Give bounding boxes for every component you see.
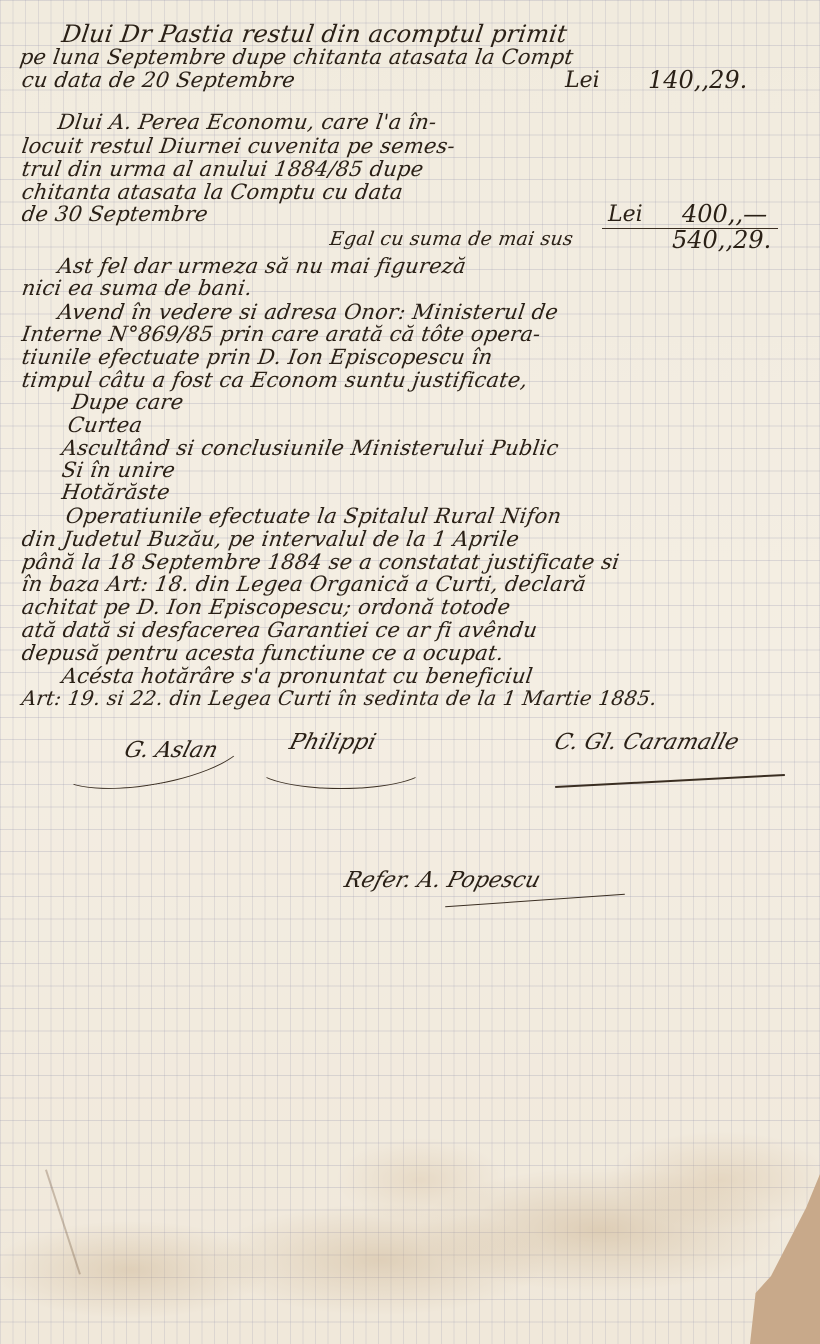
- text-line: locuit restul Diurnei cuvenita pe semes-: [20, 134, 456, 158]
- signature-underline: [445, 894, 625, 908]
- paper-crease: [45, 1169, 81, 1274]
- text-line: Dupe care: [70, 390, 185, 414]
- text-line: Interne N°869/85 prin care arată că tôte…: [20, 322, 542, 346]
- currency-label: Lei: [608, 202, 643, 227]
- amount-value: 400,,—: [682, 200, 767, 228]
- document-page: Dlui Dr Pastia restul din acomptul primi…: [0, 0, 820, 1344]
- text-line: Dlui Dr Pastia restul din acomptul primi…: [60, 20, 569, 48]
- text-line: achitat pe D. Ion Episcopescu; ordonă to…: [20, 595, 512, 619]
- text-line: Operatiunile efectuate la Spitalul Rural…: [64, 504, 563, 528]
- text-line: Ascultând si conclusiunile Ministerului …: [60, 436, 560, 460]
- signature-4: Refer. A. Popescu: [342, 868, 543, 893]
- text-line: Curtea: [66, 413, 144, 437]
- signature-underline: [555, 774, 785, 788]
- text-line: tiunile efectuate prin D. Ion Episcopesc…: [20, 345, 494, 369]
- total-value: 540,,29.: [672, 226, 771, 254]
- text-line: ată dată si desfacerea Garantiei ce ar f…: [20, 618, 539, 642]
- text-line: Acésta hotărâre s'a pronuntat cu benefic…: [60, 664, 534, 688]
- text-line: timpul câtu a fost ca Econom suntu justi…: [20, 368, 529, 392]
- text-line: depusă pentru acesta functiune ce a ocup…: [20, 641, 505, 665]
- amount-value: 140,,29.: [648, 66, 747, 94]
- currency-label: Lei: [565, 68, 600, 93]
- text-line: Ast fel dar urmeza să nu mai figureză: [56, 254, 467, 278]
- text-line: Avend în vedere si adresa Onor: Minister…: [56, 300, 560, 324]
- text-line: chitanta atasata la Comptu cu data: [20, 180, 404, 204]
- text-line: Si în unire: [60, 458, 177, 482]
- water-stain: [0, 1120, 820, 1344]
- heading-hotaraste: Hotărăste: [60, 480, 171, 504]
- signature-3: C. Gl. Caramalle: [552, 730, 742, 755]
- torn-corner: [750, 1174, 820, 1344]
- text-line: în baza Art: 18. din Legea Organică a Cu…: [20, 572, 587, 596]
- text-line: Dlui A. Perea Economu, care l'a în-: [56, 110, 438, 134]
- text-line: pe luna Septembre dupe chitanta atasata …: [18, 45, 575, 69]
- text-line: trul din urma al anului 1884/85 dupe: [20, 157, 425, 181]
- text-line: cu data de 20 Septembre: [20, 68, 296, 92]
- signature-flourish: [255, 745, 427, 789]
- text-line: Art: 19. si 22. din Legea Curti în sedin…: [20, 686, 658, 710]
- signature-flourish: [51, 709, 251, 801]
- text-line: din Judetul Buzău, pe intervalul de la 1…: [20, 527, 520, 551]
- text-line: de 30 Septembre: [20, 202, 209, 226]
- total-label: Egal cu suma de mai sus: [328, 228, 574, 250]
- text-line: nici ea suma de bani.: [20, 276, 253, 300]
- text-line: până la 18 Septembre 1884 se a constatat…: [20, 550, 621, 574]
